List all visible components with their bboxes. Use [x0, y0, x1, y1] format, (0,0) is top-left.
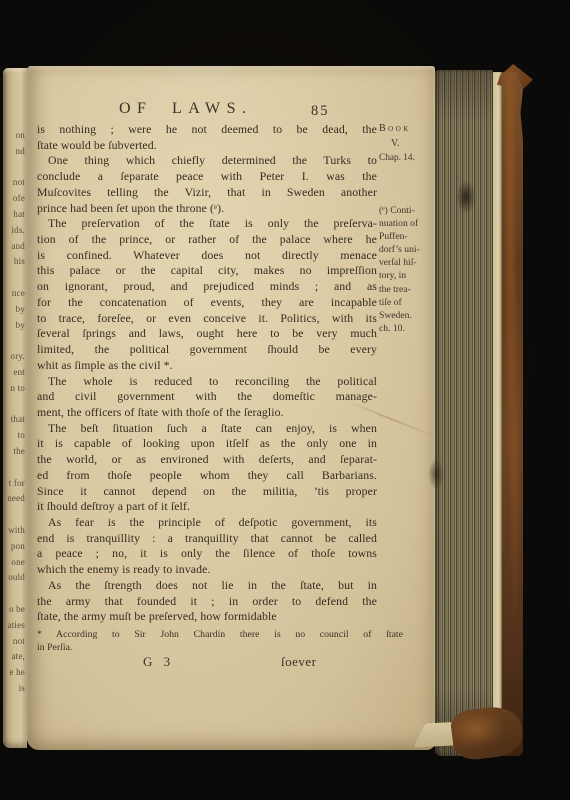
body-text-line: is nothing ; were he not deemed to be de… [37, 122, 377, 138]
body-text-line: end is tranquillity : a tranquillity tha… [37, 531, 377, 547]
body-text-line: ſtate would be ſubverted. [37, 138, 377, 154]
facing-page-fragment: by [3, 318, 25, 334]
facing-page-fragment: his [3, 254, 25, 270]
facing-page-fragment: the [3, 444, 25, 460]
footnote-line: in Perſia. [37, 641, 403, 654]
body-text-line: tion of the prince, or rather of the pal… [37, 232, 377, 248]
facing-page-fragment: not [3, 175, 25, 191]
side-note-line: nuation of [379, 217, 435, 230]
body-text-line: As fear is the principle of deſpotic gov… [37, 515, 377, 531]
facing-page-fragment [3, 586, 25, 602]
body-text-line: The beſt ſituation ſuch a ſtate can enjo… [37, 421, 377, 437]
fore-edge-pages [435, 70, 493, 756]
body-text-line: it is capable of looking upon itſelf as … [37, 436, 377, 452]
body-text-line: the army that founded it ; in order to d… [37, 594, 377, 610]
fore-edge-stain [428, 458, 444, 490]
leather-cover-edge [502, 72, 523, 756]
page-number: 85 [311, 103, 330, 120]
facing-page-fragment: and [3, 239, 25, 255]
side-note-line: tiſe of [379, 296, 435, 309]
facing-page-fragment: that [3, 412, 25, 428]
facing-page-fragment: not [3, 634, 25, 650]
catchword: ſoever [281, 654, 316, 670]
side-note-line: the trea- [379, 283, 435, 296]
signature-line: G 3 ſoever [37, 654, 377, 674]
body-text-line: limited, the political government ſhould… [37, 342, 377, 358]
body-text-line: The whole is reduced to reconciling the … [37, 374, 377, 390]
facing-page-fragment: is [3, 681, 25, 697]
body-text-line: which the enemy is ready to invade. [37, 562, 377, 578]
facing-page-fragment: need [3, 491, 25, 507]
side-note: (ᵉ) Conti-nuation ofPuffen-dorf’s uni-ve… [379, 204, 435, 335]
body-text-line: The preſervation of the ſtate is only th… [37, 216, 377, 232]
facing-page-fragment: one [3, 555, 25, 571]
facing-page-fragment: e he [3, 665, 25, 681]
body-text-line: the world, or as environed with deſerts,… [37, 452, 377, 468]
page-title: OF LAWS. [119, 100, 253, 118]
facing-page-fragment [3, 160, 25, 176]
side-note-line: ch. 10. [379, 322, 435, 335]
margin-book-label: Book [379, 122, 431, 137]
margin-book-number: V. [379, 137, 431, 152]
facing-page-fragment: nce [3, 286, 25, 302]
body-text-line: Since it cannot depend on the militia, ’… [37, 484, 377, 500]
body-text-line: conclude a ſeparate peace with Peter I. … [37, 169, 377, 185]
facing-page-text-fragments: onnd notofehatids.andhis ncebyby ory.ent… [3, 128, 27, 697]
facing-page-fragment: on [3, 128, 25, 144]
body-text-line: is confined. Whatever does not directly … [37, 248, 377, 264]
body-text-line: it ſhould deſtroy a part of it ſelf. [37, 499, 377, 515]
facing-page-fragment [3, 333, 25, 349]
body-text-line: whit as ſimple as the civil *. [37, 358, 377, 374]
book: onnd notofehatids.andhis ncebyby ory.ent… [0, 0, 570, 800]
facing-page-fragment: ate, [3, 649, 25, 665]
facing-page-fragment: aties [3, 618, 25, 634]
side-note-line: verſal hiſ- [379, 256, 435, 269]
body-text-line: ſtate, the army muſt be preſerved, how f… [37, 609, 377, 625]
footnote: * According to Sir John Chardin there is… [37, 628, 403, 654]
book-page: OF LAWS. 85 Book V. Chap. 14. is nothing… [27, 66, 435, 750]
facing-page-edge: onnd notofehatids.andhis ncebyby ory.ent… [3, 68, 27, 748]
body-text-line: and civil government with the domeſtic m… [37, 389, 377, 405]
body-text-line: this palace or the capital city, makes n… [37, 263, 377, 279]
facing-page-fragment: ory. [3, 349, 25, 365]
margin-chapter-note: Book V. Chap. 14. [379, 122, 431, 166]
facing-page-fragment: ould [3, 570, 25, 586]
body-text-line: Muſcovites telling the Vizir, that in Sw… [37, 185, 377, 201]
body-text-line: ſeveral ſprings and laws, ought here to … [37, 326, 377, 342]
facing-page-fragment: o be [3, 602, 25, 618]
facing-page-fragment: ids. [3, 223, 25, 239]
facing-page-fragment [3, 270, 25, 286]
body-text-line: ment, the officers of ſtate with thoſe o… [37, 405, 377, 421]
facing-page-fragment [3, 397, 25, 413]
signature-mark: G 3 [143, 654, 174, 670]
facing-page-fragment: ent [3, 365, 25, 381]
side-note-line: Sweden. [379, 309, 435, 322]
facing-page-fragment: n to [3, 381, 25, 397]
facing-page-fragment: t for [3, 476, 25, 492]
fore-edge-stain [456, 180, 476, 214]
body-text-line: ed from thoſe people whom they call Barb… [37, 468, 377, 484]
body-text-line: on ignorant, proud, and prejudiced minds… [37, 279, 377, 295]
side-note-line: tory, in [379, 269, 435, 282]
body-text-line: a peace ; no, it is only the ſilence of … [37, 546, 377, 562]
body-text-line: One thing which chiefly determined the T… [37, 153, 377, 169]
body-text-line: to trace, foreſee, or even conceive it. … [37, 311, 377, 327]
margin-chapter-number: Chap. 14. [379, 151, 431, 166]
facing-page-fragment: by [3, 302, 25, 318]
side-note-line: dorf’s uni- [379, 243, 435, 256]
facing-page-fragment: with [3, 523, 25, 539]
facing-page-fragment: pon [3, 539, 25, 555]
body-text-line: prince had been ſet upon the throne (ᵉ). [37, 201, 377, 217]
footnote-line: * According to Sir John Chardin there is… [37, 628, 403, 641]
facing-page-fragment [3, 460, 25, 476]
facing-page-fragment [3, 507, 25, 523]
photo-of-open-book: { "palette": { "background_black": "#0d0… [0, 0, 570, 800]
facing-page-fragment: hat [3, 207, 25, 223]
facing-page-fragment: to [3, 428, 25, 444]
facing-page-fragment: ofe [3, 191, 25, 207]
side-note-line: (ᵉ) Conti- [379, 204, 435, 217]
facing-page-fragment: nd [3, 144, 25, 160]
fore-edge-highlight-band [493, 72, 502, 752]
running-header: OF LAWS. 85 [37, 100, 377, 122]
body-text-line: for the concatenation of events, they ar… [37, 295, 377, 311]
side-note-line: Puffen- [379, 230, 435, 243]
body-text-line: As the ſtrength does not lie in the ſtat… [37, 578, 377, 594]
body-text: is nothing ; were he not deemed to be de… [37, 122, 377, 625]
